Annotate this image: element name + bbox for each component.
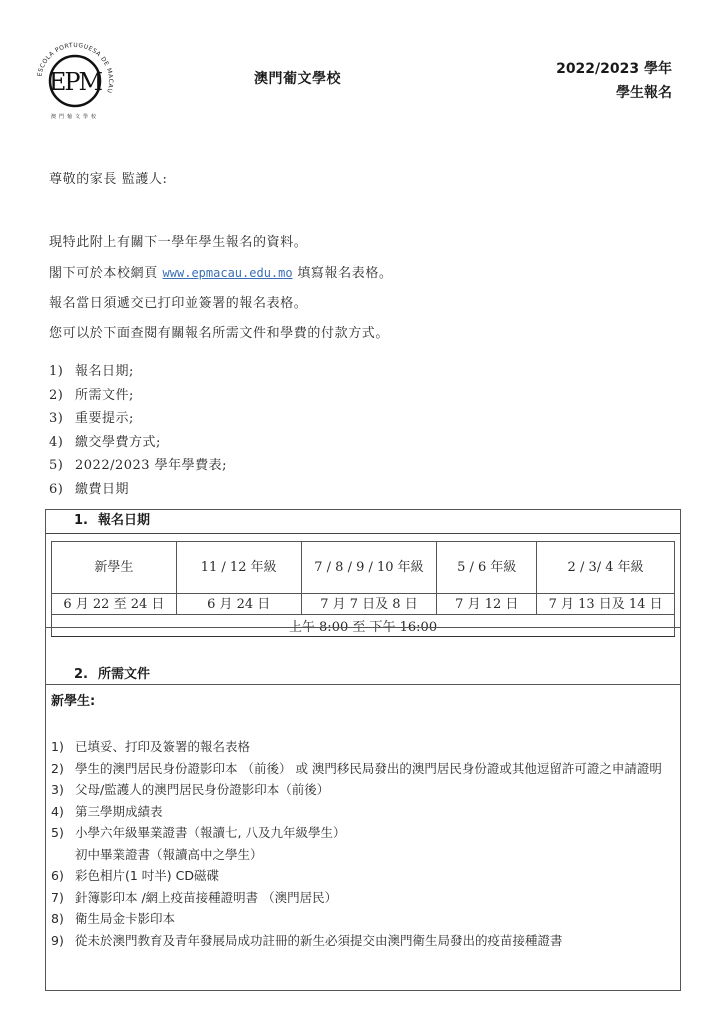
section-divider <box>46 684 680 685</box>
column-header: 5 / 6 年級 <box>437 542 537 594</box>
school-logo-icon: EPM ESCOLA PORTUGUESA DE MACAU 澳門葡文學校 <box>32 38 118 124</box>
section-1-heading: 1.報名日期 <box>46 510 680 534</box>
paragraph-4: 您可以於下面查閱有關報名所需文件和學費的付款方式。 <box>49 319 393 349</box>
paragraph-1: 現特此附上有關下一學年學生報名的資料。 <box>49 228 393 258</box>
document-title: 學生報名 <box>556 81 672 105</box>
list-item: 6)彩色相片(1 吋半) CD磁碟 <box>51 865 671 887</box>
list-item: 8)衛生局金卡影印本 <box>51 908 671 930</box>
document-page: EPM ESCOLA PORTUGUESA DE MACAU 澳門葡文學校 澳門… <box>0 0 724 1024</box>
academic-year: 2022/2023 學年 <box>556 57 672 81</box>
column-header: 7 / 8 / 9 / 10 年級 <box>301 542 437 594</box>
section-2-heading: 2.所需文件 <box>74 663 150 682</box>
office-hours: 上午 8:00 至 下午 16:00 <box>52 615 675 637</box>
sections-frame: 1.報名日期 新學生 11 / 12 年級 7 / 8 / 9 / 10 年級 … <box>45 509 681 991</box>
intro-paragraphs: 現特此附上有關下一學年學生報名的資料。 閣下可於本校網頁 www.epmacau… <box>49 228 393 349</box>
paragraph-2-text: 閣下可於本校網頁 <box>49 266 163 281</box>
list-item: 3)父母/監護人的澳門居民身份證影印本（前後） <box>51 779 671 801</box>
required-documents-list: 1)已填妥、打印及簽署的報名表格 2)學生的澳門居民身份證影印本 （前後） 或 … <box>51 736 671 951</box>
list-item: 7)針簿影印本 /網上疫苗接種證明書 （澳門居民） <box>51 887 671 909</box>
column-header: 新學生 <box>52 542 177 594</box>
paragraph-2: 閣下可於本校網頁 www.epmacau.edu.mo 填寫報名表格。 <box>49 258 393 289</box>
new-student-subheading: 新學生: <box>51 690 95 709</box>
list-item: 5)小學六年級畢業證書（報讀七, 八及九年級學生）初中畢業證書（報讀高中之學生） <box>51 822 671 865</box>
table-row-dates: 6 月 22 至 24 日 6 月 24 日 7 月 7 日及 8 日 7 月 … <box>52 594 675 615</box>
toc-item: 6)繳費日期 <box>49 478 227 502</box>
table-cell: 7 月 13 日及 14 日 <box>537 594 675 615</box>
list-item: 2)學生的澳門居民身份證影印本 （前後） 或 澳門移民局發出的澳門居民身份證或其… <box>51 758 671 780</box>
table-cell: 6 月 24 日 <box>176 594 301 615</box>
registration-dates-table: 新學生 11 / 12 年級 7 / 8 / 9 / 10 年級 5 / 6 年… <box>51 541 675 637</box>
table-row-time: 上午 8:00 至 下午 16:00 <box>52 615 675 637</box>
column-header: 2 / 3/ 4 年級 <box>537 542 675 594</box>
toc-item: 3)重要提示; <box>49 407 227 431</box>
table-header-row: 新學生 11 / 12 年級 7 / 8 / 9 / 10 年級 5 / 6 年… <box>52 542 675 594</box>
paragraph-3: 報名當日須遞交已打印並簽署的報名表格。 <box>49 289 393 319</box>
header-info: 2022/2023 學年 學生報名 <box>556 57 672 105</box>
table-cell: 7 月 7 日及 8 日 <box>301 594 437 615</box>
section-divider <box>46 627 680 628</box>
school-website-link[interactable]: www.epmacau.edu.mo <box>163 266 293 280</box>
svg-text:EPM: EPM <box>49 68 103 96</box>
list-item: 4)第三學期成績表 <box>51 801 671 823</box>
toc-item: 1)報名日期; <box>49 360 227 384</box>
toc-item: 2)所需文件; <box>49 384 227 408</box>
table-cell: 6 月 22 至 24 日 <box>52 594 177 615</box>
paragraph-2-text-end: 填寫報名表格。 <box>293 266 393 281</box>
greeting: 尊敬的家長 監護人: <box>49 168 168 187</box>
table-of-contents: 1)報名日期; 2)所需文件; 3)重要提示; 4)繳交學費方式; 5)2022… <box>49 360 227 501</box>
column-header: 11 / 12 年級 <box>176 542 301 594</box>
toc-item: 4)繳交學費方式; <box>49 431 227 455</box>
list-item: 9)從未於澳門教育及青年發展局成功註冊的新生必須提交由澳門衛生局發出的疫苗接種證… <box>51 930 671 952</box>
svg-text:澳門葡文學校: 澳門葡文學校 <box>51 113 99 120</box>
table-cell: 7 月 12 日 <box>437 594 537 615</box>
list-item: 1)已填妥、打印及簽署的報名表格 <box>51 736 671 758</box>
school-name: 澳門葡文學校 <box>254 68 341 88</box>
toc-item: 5)2022/2023 學年學費表; <box>49 454 227 478</box>
